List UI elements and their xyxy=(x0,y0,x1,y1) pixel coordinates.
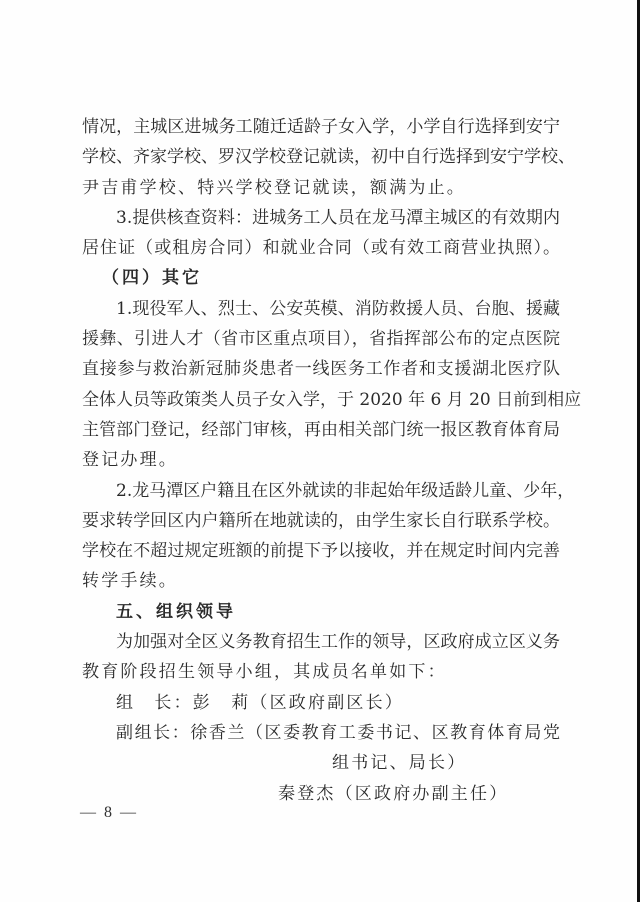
paragraph-line: 直接参与救治新冠肺炎患者一线医务工作者和支援湖北医疗队 xyxy=(82,354,560,384)
paragraph-line: 援彝、引进人才（省市区重点项目），省指挥部公布的定点医院 xyxy=(82,324,560,354)
document-page: 情况，主城区进城务工随迁适龄子女入学，小学自行选择到安宁 学校、齐家学校、罗汉学… xyxy=(82,112,560,809)
page-number: — 8 — xyxy=(80,804,138,822)
paragraph-line: 2.龙马潭区户籍且在区外就读的非起始年级适龄儿童、少年， xyxy=(82,476,560,506)
paragraph-line: 居住证（或租房合同）和就业合同（或有效工商营业执照）。 xyxy=(82,233,560,263)
section-heading: 五、组织领导 xyxy=(82,597,560,627)
member-leader: 组 长：彭 莉（区政府副区长） xyxy=(82,688,560,718)
subsection-heading: （四）其它 xyxy=(82,263,560,293)
paragraph-line: 情况，主城区进城务工随迁适龄子女入学，小学自行选择到安宁 xyxy=(82,112,560,142)
paragraph-line: 主管部门登记，经部门审核，再由相关部门统一报区教育体育局 xyxy=(82,415,560,445)
paragraph-line: 尹吉甫学校、特兴学校登记就读，额满为止。 xyxy=(82,173,560,203)
member-deputy-leader-2: 秦登杰（区政府办副主任） xyxy=(82,779,560,809)
paragraph-line: 3.提供核查资料：进城务工人员在龙马潭主城区的有效期内 xyxy=(82,203,560,233)
paragraph-line: 学校、齐家学校、罗汉学校登记就读，初中自行选择到安宁学校、 xyxy=(82,142,560,172)
member-deputy-leader: 副组长：徐香兰（区委教育工委书记、区教育体育局党 xyxy=(82,718,560,748)
paragraph-line: 学校在不超过规定班额的前提下予以接收，并在规定时间内完善 xyxy=(82,536,560,566)
paragraph-line: 转学手续。 xyxy=(82,566,560,596)
paragraph-line: 为加强对全区义务教育招生工作的领导，区政府成立区义务 xyxy=(82,627,560,657)
paragraph-line: 全体人员等政策类人员子女入学，于 2020 年 6 月 20 日前到相应 xyxy=(82,385,560,415)
paragraph-line: 要求转学回区内户籍所在地就读的，由学生家长自行联系学校。 xyxy=(82,506,560,536)
paragraph-line: 登记办理。 xyxy=(82,445,560,475)
paragraph-line: 1.现役军人、烈士、公安英模、消防救援人员、台胞、援藏 xyxy=(82,294,560,324)
paragraph-line: 教育阶段招生领导小组，其成员名单如下： xyxy=(82,657,560,687)
member-deputy-leader-continued: 组书记、局长） xyxy=(82,748,560,778)
